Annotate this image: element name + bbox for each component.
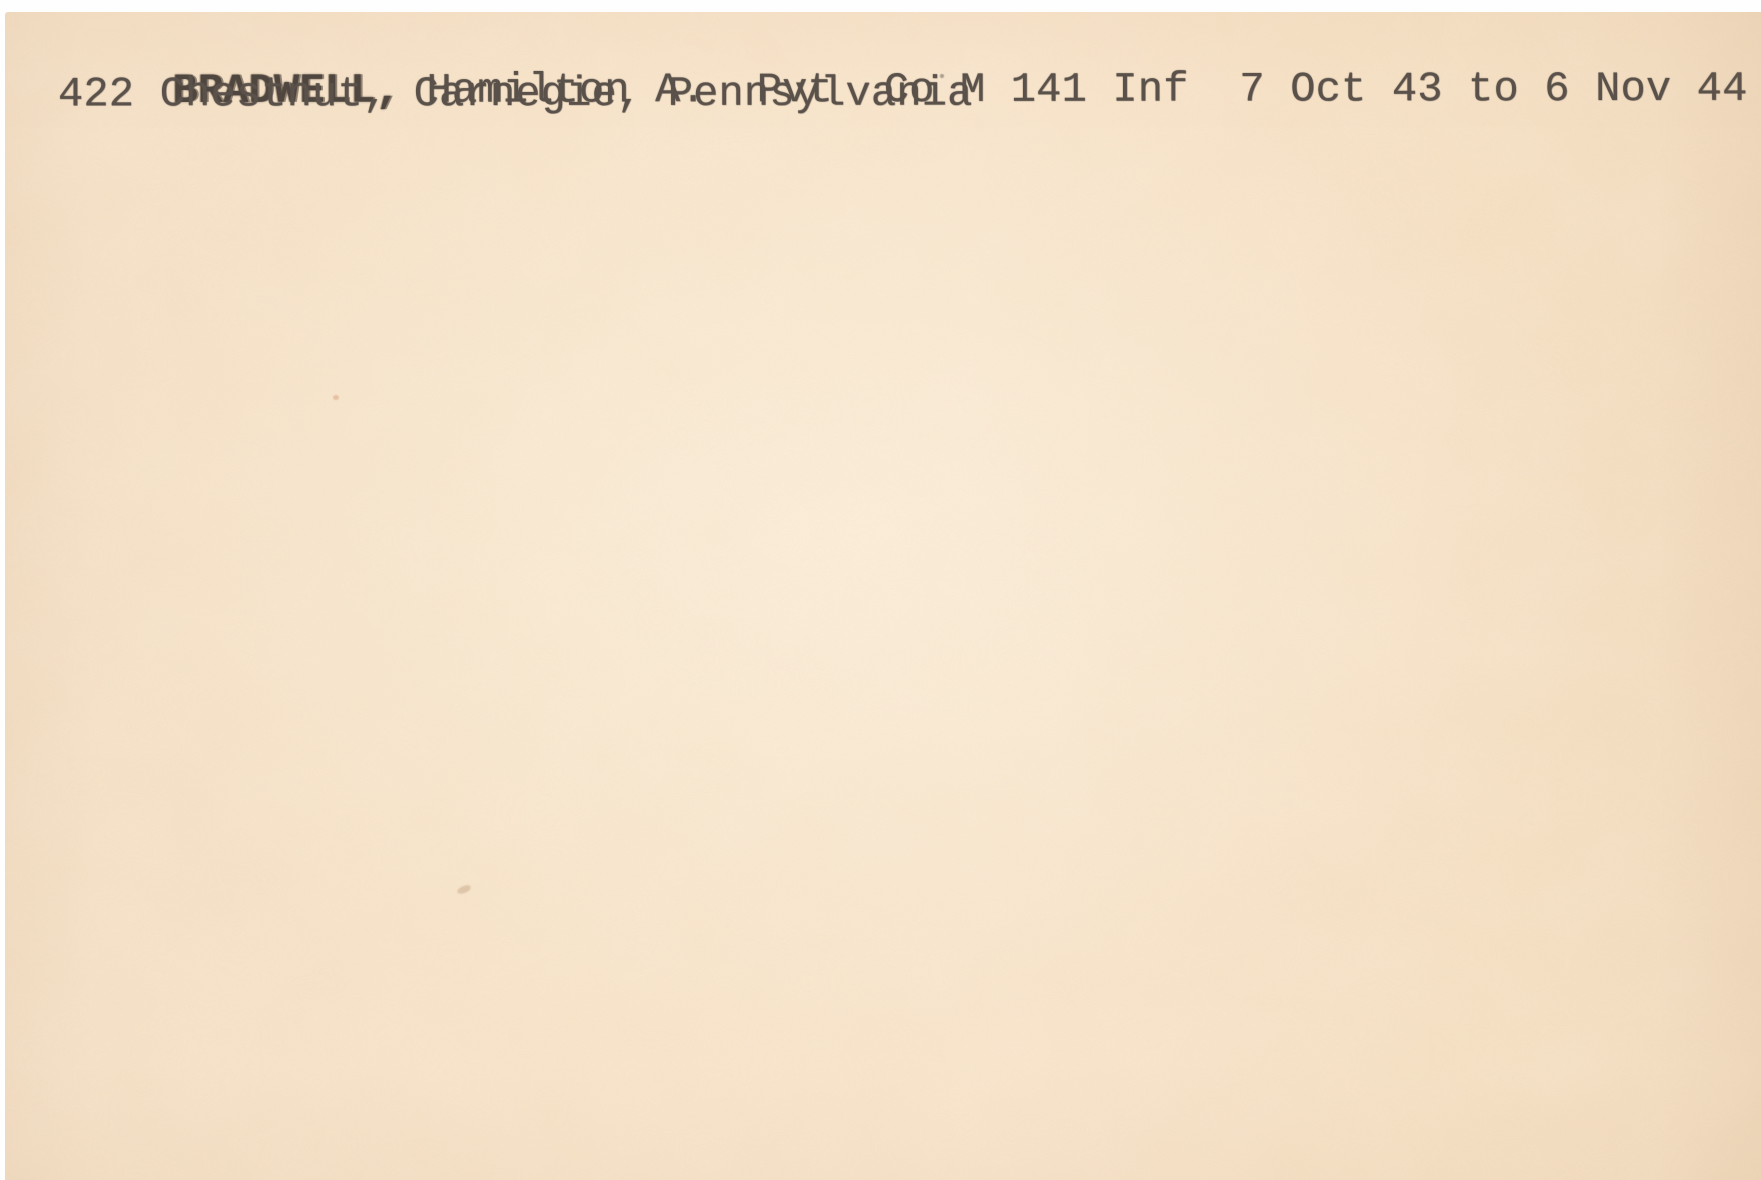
paper-speck [333, 395, 339, 400]
paper-smudge [456, 884, 471, 895]
paper-texture [5, 12, 1761, 1180]
index-card: BRADWELL, Hamilton A. Pvt Co M 141 Inf 7… [5, 12, 1761, 1180]
card-line-address: 422 Chestnut, Carnegie, Pennsylvania [58, 71, 973, 118]
scanned-document: BRADWELL, Hamilton A. Pvt Co M 141 Inf 7… [0, 0, 1761, 1180]
